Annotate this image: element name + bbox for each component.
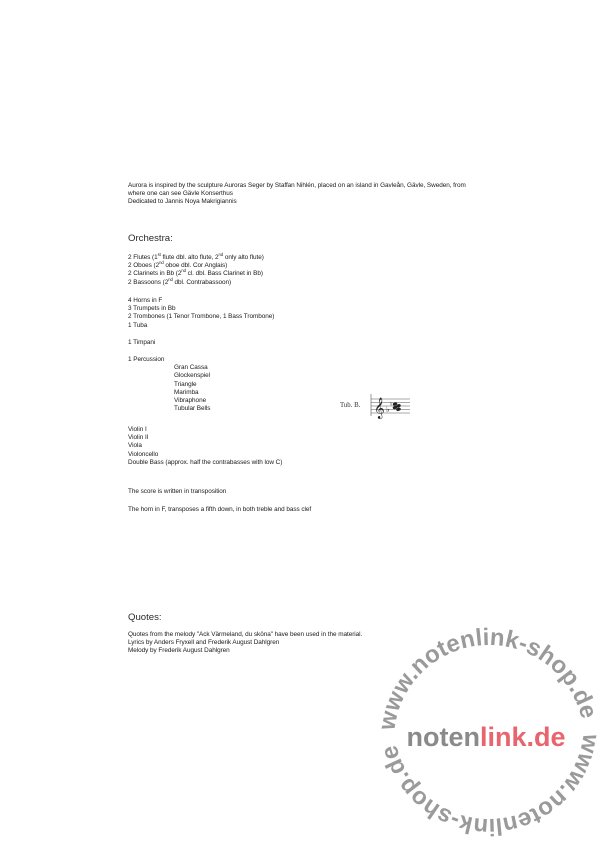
list-item: Violin I [128, 426, 282, 434]
dedication-line: Dedicated to Jannis Noya Makrigiannis [128, 198, 466, 206]
transposition-note: The score is written in transposition [128, 488, 226, 496]
intro-line: where one can see Gävle Konserthus [128, 190, 466, 198]
timpani-item: 1 Timpani [128, 339, 155, 347]
list-item: 2 Trombones (1 Tenor Trombone, 1 Bass Tr… [128, 313, 274, 321]
percussion-title: 1 Percussion [128, 356, 210, 364]
intro-paragraph: Aurora is inspired by the sculpture Auro… [128, 182, 466, 207]
list-item: Triangle [128, 381, 210, 389]
list-item: Violoncello [128, 451, 282, 459]
list-item: Vibraphone [128, 397, 210, 405]
list-item: Marimba [128, 389, 210, 397]
quotes-heading: Quotes: [128, 612, 162, 624]
list-item: Violin II [128, 434, 282, 442]
notenlink-watermark-stamp: www.notenlink-shop.de www.notenlink-shop… [372, 600, 600, 849]
intro-line: Aurora is inspired by the sculpture Auro… [128, 182, 466, 190]
list-item: 1 Tuba [128, 322, 274, 330]
woodwinds-list: 2 Flutes (1st flute dbl. alto flute, 2nd… [128, 254, 264, 287]
list-item: Gran Cassa [128, 364, 210, 372]
list-item: 3 Trumpets in Bb [128, 305, 274, 313]
list-item: Double Bass (approx. half the contrabass… [128, 459, 282, 467]
staff-label: Tub. B. [340, 402, 360, 409]
list-item: Tubular Bells [128, 405, 210, 413]
svg-text:♮: ♮ [390, 401, 392, 408]
horn-transposition-note: The horn in F, transposes a fifth down, … [128, 506, 311, 514]
list-item: 2 Flutes (1st flute dbl. alto flute, 2nd… [128, 254, 264, 262]
watermark-logo: notenlink.de [406, 722, 565, 752]
watermark-ring-top: www.notenlink-shop.de [373, 624, 600, 733]
lyrics-credit: Lyrics by Anders Fryxell and Frederik Au… [128, 639, 362, 647]
score-preface-page: Aurora is inspired by the sculpture Auro… [0, 0, 600, 849]
melody-credit: Melody by Frederik August Dahlgren [128, 647, 362, 655]
list-item: Viola [128, 442, 282, 450]
treble-clef-staff-icon: 𝄞 ♭ ♮ [370, 391, 450, 421]
list-item: Glockenspiel [128, 372, 210, 380]
brass-list: 4 Horns in F 3 Trumpets in Bb 2 Trombone… [128, 297, 274, 330]
quote-line: Quotes from the melody "Ack Värmeland, d… [128, 631, 362, 639]
percussion-list: 1 Percussion Gran Cassa Glockenspiel Tri… [128, 356, 210, 413]
list-item: 2 Clarinets in Bb (2nd cl. dbl. Bass Cla… [128, 270, 264, 278]
strings-list: Violin I Violin II Viola Violoncello Dou… [128, 426, 282, 467]
orchestra-heading: Orchestra: [128, 233, 173, 245]
list-item: 4 Horns in F [128, 297, 274, 305]
svg-text:𝄞: 𝄞 [374, 398, 385, 419]
list-item: 2 Bassoons (2nd dbl. Contrabassoon) [128, 279, 264, 287]
quotes-paragraph: Quotes from the melody "Ack Värmeland, d… [128, 631, 362, 656]
